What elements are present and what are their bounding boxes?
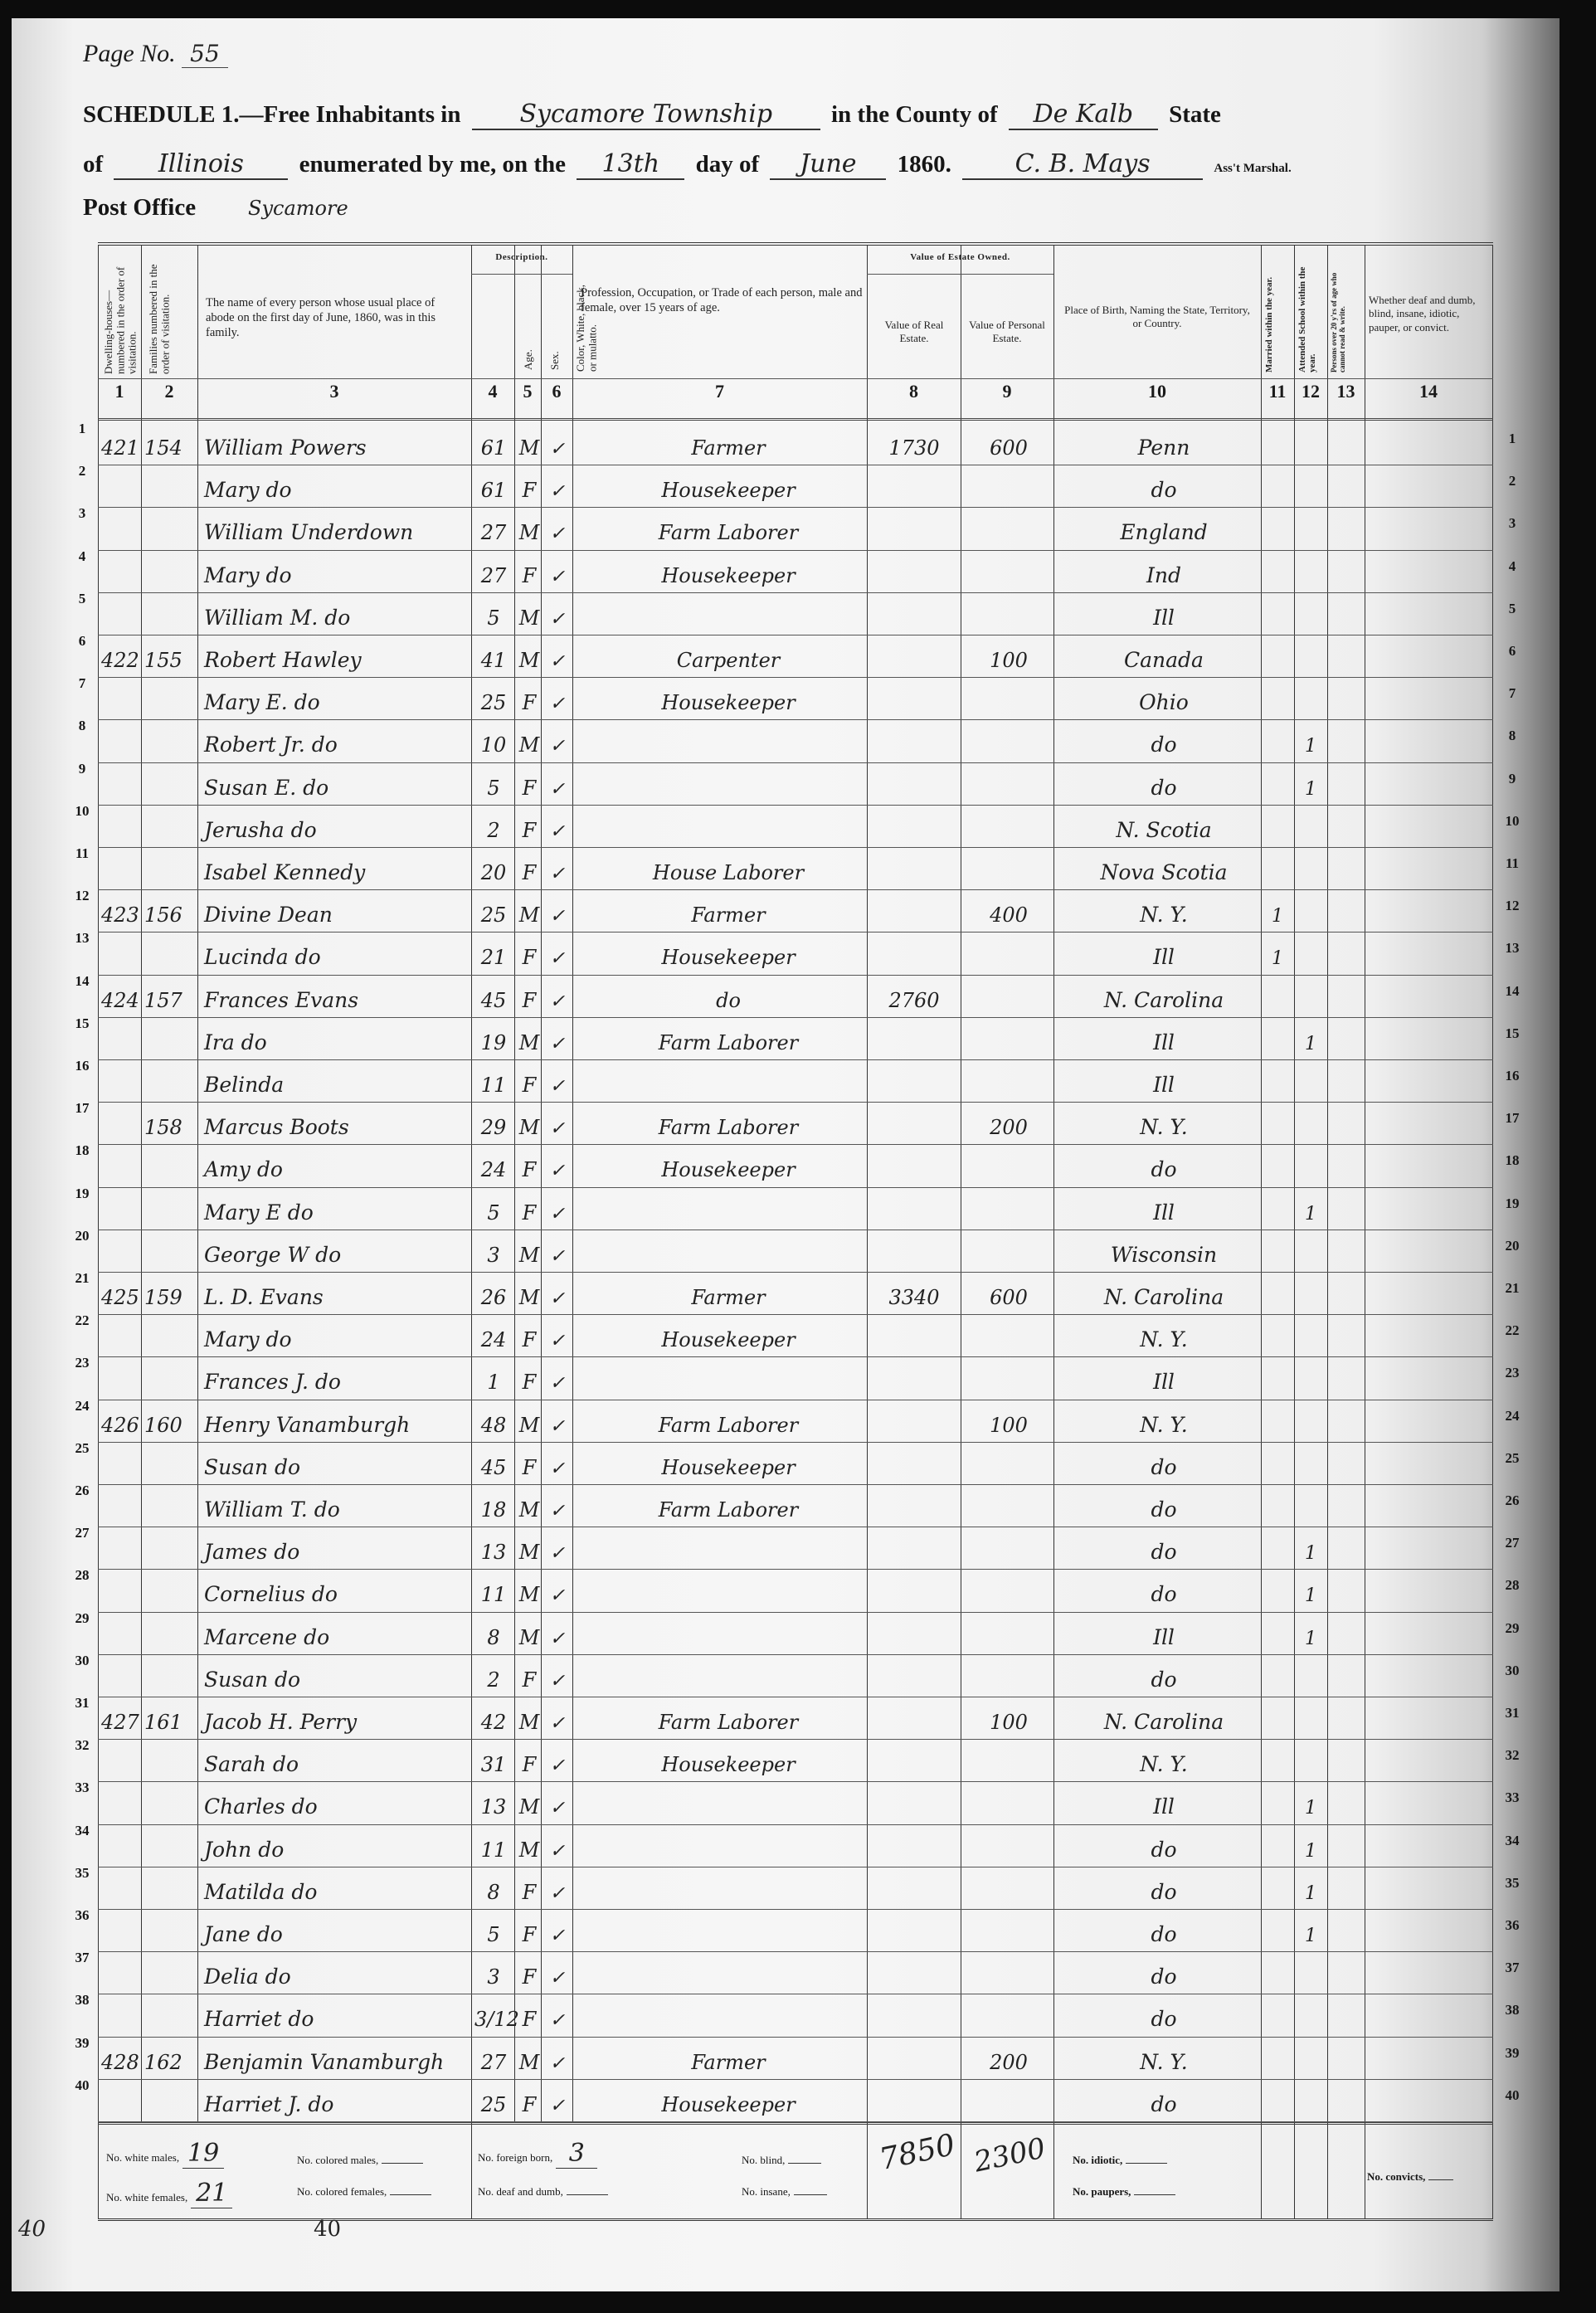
line-number: 23 — [70, 1355, 95, 1371]
line-number: 5 — [70, 591, 95, 607]
table-row: Susan E. do5F✓do1 — [98, 762, 1493, 805]
cell-personal: 600 — [969, 436, 1049, 460]
idiotic-field: No. idiotic, — [1073, 2154, 1167, 2167]
cell-sex: M — [518, 1116, 541, 1139]
cell-name: Divine Dean — [204, 903, 333, 927]
table-row: 424157Frances Evans45F✓do2760N. Carolina — [98, 975, 1493, 1017]
cell-sex: F — [518, 946, 541, 969]
line-number: 5 — [1500, 601, 1525, 617]
table-row: William Underdown27M✓Farm LaborerEngland — [98, 507, 1493, 549]
idiotic-label: No. idiotic, — [1073, 2154, 1122, 2166]
line-number: 3 — [1500, 515, 1525, 532]
cell-birthplace: N. Y. — [1068, 1327, 1259, 1351]
cell-name: Mary do — [204, 563, 292, 587]
cell-sex: M — [518, 903, 541, 927]
cell-sex: M — [518, 1626, 541, 1649]
cell-birthplace: do — [1068, 2092, 1259, 2116]
cell-color: ✓ — [544, 694, 571, 714]
cell-sex: M — [518, 1286, 541, 1309]
line-number: 1 — [70, 421, 95, 437]
cell-birthplace: do — [1068, 1965, 1259, 1989]
col-number-11: 11 — [1261, 381, 1294, 402]
line-number: 29 — [1500, 1620, 1525, 1637]
cell-sex: M — [518, 1541, 541, 1564]
cell-color: ✓ — [544, 821, 571, 842]
line-number: 12 — [1500, 898, 1525, 914]
line-number: 17 — [70, 1100, 95, 1117]
line-number: 2 — [70, 463, 95, 480]
cell-birthplace: Ill — [1068, 1370, 1259, 1394]
line-number: 16 — [1500, 1068, 1525, 1084]
cell-birthplace: do — [1068, 1582, 1259, 1606]
cell-dwelling: 424 — [101, 989, 139, 1012]
cell-occupation: Farm Laborer — [596, 1414, 861, 1437]
month-value: June — [800, 149, 856, 178]
line-number: 27 — [1500, 1535, 1525, 1551]
cell-age: 10 — [474, 733, 513, 757]
table-row: John do11M✓do1 — [98, 1824, 1493, 1867]
cell-name: William M. do — [204, 606, 350, 630]
cell-real: 3340 — [871, 1286, 957, 1309]
cell-school: 1 — [1296, 1883, 1326, 1904]
cell-birthplace: do — [1068, 1157, 1259, 1181]
line-number: 1 — [1500, 431, 1525, 447]
line-number: 8 — [1500, 728, 1525, 744]
table-row: Mary E. do25F✓HousekeeperOhio — [98, 677, 1493, 719]
line-number: 4 — [70, 548, 95, 565]
cell-color: ✓ — [544, 1288, 571, 1309]
table-row: Jane do5F✓do1 — [98, 1909, 1493, 1951]
cell-color: ✓ — [544, 567, 571, 587]
cell-name: Lucinda do — [204, 945, 321, 969]
cell-age: 25 — [474, 691, 513, 714]
cell-occupation: Farm Laborer — [596, 521, 861, 544]
cell-birthplace: Ill — [1068, 1030, 1259, 1054]
cell-age: 13 — [474, 1795, 513, 1819]
line-number: 8 — [70, 718, 95, 734]
cell-occupation: Farm Laborer — [596, 1498, 861, 1522]
cell-birthplace: Ill — [1068, 945, 1259, 969]
cell-school: 1 — [1296, 1034, 1326, 1054]
cell-school: 1 — [1296, 1629, 1326, 1649]
line-number: 33 — [70, 1780, 95, 1796]
table-row: Mary do24F✓HousekeeperN. Y. — [98, 1314, 1493, 1356]
line-number: 20 — [1500, 1238, 1525, 1254]
white-females-label: No. white females, — [106, 2191, 187, 2203]
line-number: 24 — [1500, 1408, 1525, 1424]
cell-occupation: Housekeeper — [596, 479, 861, 502]
white-females-value: 21 — [196, 2179, 227, 2208]
line-number: 10 — [1500, 813, 1525, 830]
line-number: 26 — [70, 1483, 95, 1499]
estate-group-header: Value of Estate Owned. — [867, 252, 1053, 264]
post-office-label: Post Office — [83, 194, 196, 221]
line-number: 28 — [70, 1567, 95, 1584]
cell-sex: F — [518, 1201, 541, 1225]
cell-name: Susan do — [204, 1455, 300, 1479]
line-number: 26 — [1500, 1492, 1525, 1509]
cell-color: ✓ — [544, 1968, 571, 1989]
cell-occupation: Housekeeper — [596, 1158, 861, 1181]
cell-birthplace: N. Y. — [1068, 1752, 1259, 1776]
cell-color: ✓ — [544, 609, 571, 630]
cell-sex: M — [518, 2051, 541, 2074]
cell-family: 156 — [144, 903, 182, 927]
line-number: 23 — [1500, 1365, 1525, 1381]
line-number: 25 — [1500, 1450, 1525, 1467]
col1-header: Dwelling-houses—numbered in the order of… — [103, 262, 139, 374]
cell-birthplace: N. Y. — [1068, 903, 1259, 927]
table-row: Sarah do31F✓HousekeeperN. Y. — [98, 1739, 1493, 1781]
blind-field: No. blind, — [742, 2154, 821, 2167]
cell-birthplace: Ill — [1068, 1794, 1259, 1819]
cell-sex: F — [518, 1074, 541, 1097]
col11-header: Married within the year. — [1264, 252, 1291, 373]
cell-sex: F — [518, 1158, 541, 1181]
col-number-10: 10 — [1053, 381, 1261, 402]
col13-header: Persons over 20 y'rs of age who cannot r… — [1331, 252, 1362, 373]
cell-school: 1 — [1296, 736, 1326, 757]
white-males-value: 19 — [187, 2139, 219, 2168]
cell-occupation: Farm Laborer — [596, 1116, 861, 1139]
cell-sex: F — [518, 1456, 541, 1479]
cell-age: 45 — [474, 989, 513, 1012]
cell-name: Mary do — [204, 1327, 292, 1351]
cell-name: Susan do — [204, 1668, 300, 1692]
table-row: Harriet J. do25F✓Housekeeperdo — [98, 2079, 1493, 2121]
cell-occupation: Farmer — [596, 903, 861, 927]
cell-age: 21 — [474, 946, 513, 969]
cell-name: Jacob H. Perry — [204, 1710, 357, 1734]
cell-sex: F — [518, 1328, 541, 1351]
cell-color: ✓ — [544, 1373, 571, 1394]
cell-age: 41 — [474, 649, 513, 672]
cell-birthplace: do — [1068, 733, 1259, 757]
cell-age: 11 — [474, 1074, 513, 1097]
line-number: 13 — [1500, 940, 1525, 957]
cell-age: 3/12 — [474, 2008, 513, 2031]
line-number: 39 — [1500, 2045, 1525, 2062]
line-number: 29 — [70, 1610, 95, 1627]
cell-color: ✓ — [544, 2096, 571, 2116]
cell-name: James do — [204, 1540, 299, 1564]
cell-sex: M — [518, 1244, 541, 1267]
cell-school: 1 — [1296, 1543, 1326, 1564]
colored-females-label: No. colored females, — [297, 2185, 387, 2198]
marshal-label: Ass't Marshal. — [1214, 162, 1291, 175]
line-number: 35 — [1500, 1875, 1525, 1892]
cell-occupation: Farm Laborer — [596, 1031, 861, 1054]
enumerated-label: enumerated by me, on the — [299, 151, 566, 178]
state-label: State — [1169, 101, 1221, 128]
deaf-dumb-label: No. deaf and dumb, — [478, 2185, 563, 2198]
cell-school: 1 — [1296, 779, 1326, 800]
col-number-7: 7 — [572, 381, 867, 402]
cell-name: Harriet J. do — [204, 2092, 333, 2116]
cell-age: 2 — [474, 1668, 513, 1692]
paupers-label: No. paupers, — [1073, 2185, 1131, 2198]
cell-birthplace: do — [1068, 1455, 1259, 1479]
township-value: Sycamore Township — [519, 100, 772, 129]
cell-name: Charles do — [204, 1794, 318, 1819]
cell-family: 162 — [144, 2051, 182, 2074]
line-number: 32 — [70, 1737, 95, 1754]
table-row: Robert Jr. do10M✓do1 — [98, 719, 1493, 762]
convicts-value — [1428, 2179, 1453, 2180]
colored-males-value — [382, 2163, 423, 2164]
foreign-born-field: No. foreign born,3 — [478, 2139, 597, 2169]
margin-total-left: 40 — [18, 2217, 46, 2242]
cell-color: ✓ — [544, 1416, 571, 1437]
cell-color: ✓ — [544, 864, 571, 884]
year-value: 1860. — [898, 151, 951, 178]
cell-name: Mary do — [204, 478, 292, 502]
col-number-5: 5 — [514, 381, 541, 402]
cell-birthplace: Penn — [1068, 436, 1259, 460]
cell-birthplace: do — [1068, 1497, 1259, 1522]
paupers-value — [1134, 2194, 1175, 2195]
cell-occupation: House Laborer — [596, 861, 861, 884]
cell-age: 2 — [474, 819, 513, 842]
cell-color: ✓ — [544, 1501, 571, 1522]
personal-estate-total: 2300 — [971, 2131, 1049, 2179]
cell-age: 27 — [474, 2051, 513, 2074]
table-row: 428162Benjamin Vanamburgh27M✓Farmer200N.… — [98, 2037, 1493, 2079]
cell-birthplace: Canada — [1068, 648, 1259, 672]
cell-age: 5 — [474, 1201, 513, 1225]
colored-males-field: No. colored males, — [297, 2154, 423, 2167]
col-number-4: 4 — [471, 381, 514, 402]
cell-dwelling: 425 — [101, 1286, 139, 1309]
table-row: Delia do3F✓do — [98, 1951, 1493, 1994]
cell-sex: F — [518, 1965, 541, 1989]
cell-color: ✓ — [544, 1585, 571, 1606]
census-table: Description. Value of Estate Owned. Dwel… — [98, 242, 1493, 2221]
deaf-dumb-field: No. deaf and dumb, — [478, 2185, 608, 2199]
cell-color: ✓ — [544, 948, 571, 969]
cell-sex: F — [518, 1371, 541, 1394]
cell-age: 3 — [474, 1965, 513, 1989]
table-row: Mary do27F✓HousekeeperInd — [98, 550, 1493, 592]
cell-dwelling: 426 — [101, 1414, 139, 1437]
col-number-13: 13 — [1327, 381, 1365, 402]
line-number: 4 — [1500, 558, 1525, 575]
cell-dwelling: 427 — [101, 1711, 139, 1734]
col14-header: Whether deaf and dumb, blind, insane, id… — [1369, 294, 1489, 334]
cell-sex: F — [518, 989, 541, 1012]
col-number-9: 9 — [961, 381, 1053, 402]
col8-header: Value of Real Estate. — [869, 319, 959, 346]
cell-sex: M — [518, 1031, 541, 1054]
col-number-6: 6 — [541, 381, 572, 402]
cell-name: Marcus Boots — [204, 1115, 349, 1139]
line-number: 40 — [1500, 2087, 1525, 2104]
cell-age: 42 — [474, 1711, 513, 1734]
col12-header: Attended School within the year. — [1297, 252, 1324, 373]
line-number: 15 — [1500, 1025, 1525, 1042]
line-number: 34 — [70, 1823, 95, 1839]
cell-color: ✓ — [544, 2010, 571, 2031]
line-number: 9 — [70, 761, 95, 777]
cell-color: ✓ — [544, 1841, 571, 1862]
cell-color: ✓ — [544, 736, 571, 757]
cell-school: 1 — [1296, 1204, 1326, 1225]
cell-occupation: Housekeeper — [596, 946, 861, 969]
cell-name: Susan E. do — [204, 776, 328, 800]
line-number: 7 — [1500, 685, 1525, 702]
cell-school: 1 — [1296, 1926, 1326, 1946]
table-row: Matilda do8F✓do1 — [98, 1867, 1493, 1909]
cell-age: 31 — [474, 1753, 513, 1776]
cell-occupation: Carpenter — [596, 649, 861, 672]
cell-sex: F — [518, 479, 541, 502]
cell-color: ✓ — [544, 1458, 571, 1479]
cell-birthplace: N. Carolina — [1068, 1710, 1259, 1734]
cell-sex: M — [518, 649, 541, 672]
cell-name: Frances J. do — [204, 1370, 341, 1394]
cell-school: 1 — [1296, 1585, 1326, 1606]
white-females-field: No. white females,21 — [106, 2179, 232, 2208]
cell-name: Frances Evans — [204, 988, 358, 1012]
cell-birthplace: do — [1068, 776, 1259, 800]
cell-sex: M — [518, 521, 541, 544]
cell-sex: M — [518, 1711, 541, 1734]
table-row: Mary E do5F✓Ill1 — [98, 1187, 1493, 1230]
cell-sex: F — [518, 2008, 541, 2031]
table-row: Susan do45F✓Housekeeperdo — [98, 1442, 1493, 1484]
cell-color: ✓ — [544, 1629, 571, 1649]
col3-header: The name of every person whose usual pla… — [206, 295, 463, 340]
cell-family: 157 — [144, 989, 182, 1012]
cell-sex: F — [518, 1753, 541, 1776]
cell-dwelling: 422 — [101, 649, 139, 672]
cell-birthplace: do — [1068, 1838, 1259, 1862]
cell-personal: 100 — [969, 1711, 1049, 1734]
cell-occupation: Farmer — [596, 1286, 861, 1309]
line-number: 18 — [1500, 1152, 1525, 1169]
cell-color: ✓ — [544, 991, 571, 1012]
cell-dwelling: 423 — [101, 903, 139, 927]
deaf-dumb-value — [567, 2194, 608, 2195]
page-label: Page No. — [83, 40, 176, 67]
of-label: of — [83, 151, 103, 178]
cell-sex: M — [518, 1414, 541, 1437]
table-row: Amy do24F✓Housekeeperdo — [98, 1144, 1493, 1186]
col2-header: Families numbered in the order of visita… — [148, 262, 192, 374]
table-row: Charles do13M✓Ill1 — [98, 1781, 1493, 1824]
cell-age: 5 — [474, 1923, 513, 1946]
cell-age: 27 — [474, 564, 513, 587]
cell-name: Robert Hawley — [204, 648, 362, 672]
line-number: 19 — [1500, 1195, 1525, 1212]
line-number: 6 — [70, 633, 95, 650]
cell-name: Amy do — [204, 1157, 283, 1181]
cell-color: ✓ — [544, 906, 571, 927]
col-number-2: 2 — [141, 381, 197, 402]
line-number: 14 — [70, 973, 95, 990]
cell-birthplace: do — [1068, 1922, 1259, 1946]
cell-color: ✓ — [544, 481, 571, 502]
cell-name: William Powers — [204, 436, 367, 460]
cell-color: ✓ — [544, 1926, 571, 1946]
cell-color: ✓ — [544, 2053, 571, 2074]
cell-sex: F — [518, 819, 541, 842]
colored-females-field: No. colored females, — [297, 2185, 431, 2199]
state-value: Illinois — [158, 149, 244, 178]
insane-value — [794, 2194, 827, 2195]
cell-sex: M — [518, 733, 541, 757]
col10-header: Place of Birth, Naming the State, Territ… — [1060, 304, 1254, 331]
cell-school: 1 — [1296, 1798, 1326, 1819]
cell-color: ✓ — [544, 1883, 571, 1904]
cell-birthplace: do — [1068, 1668, 1259, 1692]
cell-family: 154 — [144, 436, 182, 460]
line-number: 34 — [1500, 1833, 1525, 1849]
table-row: William M. do5M✓Ill — [98, 592, 1493, 635]
line-number: 20 — [70, 1228, 95, 1244]
day-value: 13th — [602, 149, 660, 178]
cell-name: Marcene do — [204, 1625, 329, 1649]
cell-occupation: Housekeeper — [596, 1328, 861, 1351]
line-number: 12 — [70, 888, 95, 904]
cell-family: 158 — [144, 1116, 182, 1139]
line-number: 39 — [70, 2035, 95, 2052]
cell-color: ✓ — [544, 523, 571, 544]
table-row: 425159L. D. Evans26M✓Farmer3340600N. Car… — [98, 1272, 1493, 1314]
cell-name: Benjamin Vanamburgh — [204, 2050, 444, 2074]
col-number-1: 1 — [98, 381, 141, 402]
table-row: George W do3M✓Wisconsin — [98, 1230, 1493, 1272]
table-row: 158Marcus Boots29M✓Farm Laborer200N. Y. — [98, 1102, 1493, 1144]
cell-birthplace: Ill — [1068, 1625, 1259, 1649]
line-number: 36 — [1500, 1917, 1525, 1934]
cell-name: George W do — [204, 1243, 341, 1267]
cell-color: ✓ — [544, 779, 571, 800]
cell-sex: F — [518, 1923, 541, 1946]
line-number: 38 — [1500, 2002, 1525, 2018]
schedule-title-line: SCHEDULE 1.—Free Inhabitants in Sycamore… — [83, 100, 1221, 130]
cell-sex: M — [518, 436, 541, 460]
cell-age: 25 — [474, 2093, 513, 2116]
post-office-value: Sycamore — [248, 197, 348, 220]
line-number: 37 — [70, 1950, 95, 1966]
cell-color: ✓ — [544, 1713, 571, 1734]
table-row: Marcene do8M✓Ill1 — [98, 1612, 1493, 1654]
line-number: 9 — [1500, 771, 1525, 787]
cell-color: ✓ — [544, 1543, 571, 1564]
line-number: 7 — [70, 675, 95, 692]
cell-birthplace: N. Y. — [1068, 1413, 1259, 1437]
cell-age: 20 — [474, 861, 513, 884]
cell-name: William T. do — [204, 1497, 340, 1522]
cell-name: Cornelius do — [204, 1582, 338, 1606]
cell-color: ✓ — [544, 1034, 571, 1054]
line-number: 27 — [70, 1525, 95, 1541]
colored-females-value — [390, 2194, 431, 2195]
cell-personal: 200 — [969, 2051, 1049, 2074]
table-row: 426160Henry Vanamburgh48M✓Farm Laborer10… — [98, 1400, 1493, 1442]
cell-age: 19 — [474, 1031, 513, 1054]
cell-real: 1730 — [871, 436, 957, 460]
marshal-name: C. B. Mays — [1015, 149, 1151, 178]
table-row: Harriet do3/12F✓do — [98, 1994, 1493, 2036]
table-row: Jerusha do2F✓N. Scotia — [98, 805, 1493, 847]
cell-birthplace: do — [1068, 2007, 1259, 2031]
county-value: De Kalb — [1034, 100, 1133, 129]
cell-name: Matilda do — [204, 1880, 317, 1904]
cell-birthplace: Ind — [1068, 563, 1259, 587]
cell-occupation: Housekeeper — [596, 691, 861, 714]
